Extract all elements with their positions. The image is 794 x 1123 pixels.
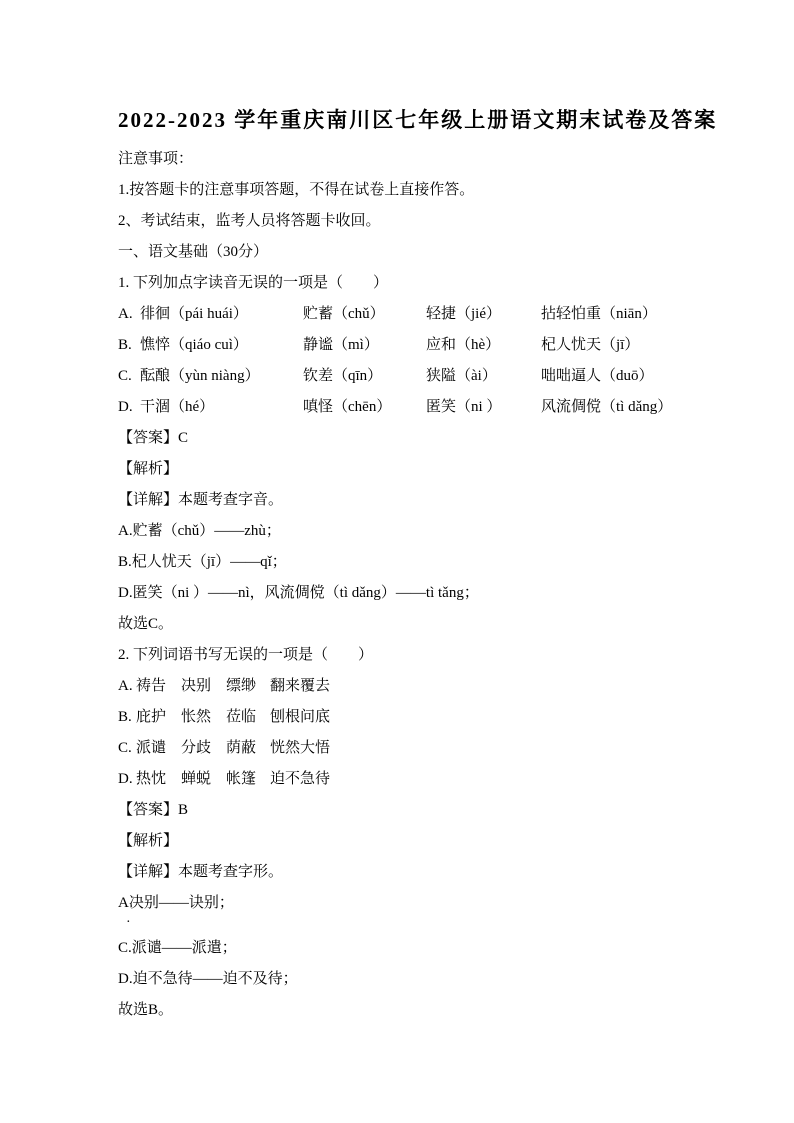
option-item: 刨根问底 — [270, 702, 330, 733]
option-item: 热忱 — [136, 764, 181, 795]
notice-heading: 注意事项： — [118, 144, 676, 175]
option-item: 酝酿（yùn niàng） — [140, 361, 303, 392]
question-1-option-d: D. 干涸（hé） 嗔怪（chēn） 匿笑（ni ） 风流倜傥（tì dǎng） — [118, 392, 676, 423]
option-item: 恍然大悟 — [270, 733, 330, 764]
question-2-detail: 【详解】本题考查字形。 — [118, 857, 676, 888]
option-letter: D. — [118, 392, 140, 423]
question-2-option-d: D. 热忱 蝉蜕 帐篷 迫不急待 — [118, 764, 676, 795]
option-item: 匿笑（ni ） — [426, 392, 541, 423]
option-item: 贮蓄（chǔ） — [303, 299, 426, 330]
option-item: 嗔怪（chēn） — [303, 392, 426, 423]
option-item: 分歧 — [181, 733, 226, 764]
question-2-option-c: C. 派谴 分歧 荫蔽 恍然大悟 — [118, 733, 676, 764]
option-item: 帐篷 — [226, 764, 270, 795]
question-1-detail: D.匿笑（ni ）——nì，风流倜傥（tì dǎng）——tì tǎng； — [118, 578, 676, 609]
option-item: 咄咄逼人（duō） — [541, 361, 654, 392]
question-1-stem: 1. 下列加点字读音无误的一项是（ ） — [118, 268, 676, 299]
option-letter: A. — [118, 299, 140, 330]
option-item: 迫不急待 — [270, 764, 330, 795]
question-1-option-b: B. 憔悴（qiáo cuì） 静谧（mì） 应和（hè） 杞人忧天（jī） — [118, 330, 676, 361]
question-2-option-a: A. 祷告 决别 缥缈 翻来覆去 — [118, 671, 676, 702]
option-letter: A. — [118, 671, 136, 702]
question-1-detail: 【详解】本题考查字音。 — [118, 485, 676, 516]
question-1-option-a: A. 徘徊（pái huái） 贮蓄（chǔ） 轻捷（jié） 拈轻怕重（niā… — [118, 299, 676, 330]
option-item: 拈轻怕重（niān） — [541, 299, 657, 330]
page-title: 2022-2023 学年重庆南川区七年级上册语文期末试卷及答案 — [118, 108, 676, 132]
question-1-option-c: C. 酝酿（yùn niàng） 钦差（qīn） 狭隘（ài） 咄咄逼人（duō… — [118, 361, 676, 392]
option-item: 派谴 — [136, 733, 181, 764]
question-2-detail: D.迫不急待——迫不及待； — [118, 964, 676, 995]
option-item: 荫蔽 — [226, 733, 270, 764]
option-item: 风流倜傥（tì dǎng） — [541, 392, 672, 423]
option-item: 庇护 — [136, 702, 181, 733]
option-letter: D. — [118, 764, 136, 795]
question-2-stem: 2. 下列词语书写无误的一项是（ ） — [118, 640, 676, 671]
question-2-conclusion: 故选B。 — [118, 995, 676, 1026]
notice-item-2: 2、考试结束，监考人员将答题卡收回。 — [118, 206, 676, 237]
option-item: 莅临 — [226, 702, 270, 733]
question-1-detail: B.杞人忧天（jī）——qǐ； — [118, 547, 676, 578]
option-item: 杞人忧天（jī） — [541, 330, 639, 361]
option-item: 钦差（qīn） — [303, 361, 426, 392]
question-1-detail: A.贮蓄（chǔ）——zhù； — [118, 516, 676, 547]
option-letter: C. — [118, 361, 140, 392]
option-item: 干涸（hé） — [140, 392, 303, 423]
question-2-answer: 【答案】B — [118, 795, 676, 826]
option-item: 蝉蜕 — [181, 764, 226, 795]
option-letter: C. — [118, 733, 136, 764]
option-item: 祷告 — [136, 671, 181, 702]
option-item: 狭隘（ài） — [426, 361, 541, 392]
option-item: 静谧（mì） — [303, 330, 426, 361]
option-item: 翻来覆去 — [270, 671, 330, 702]
option-item: 怅然 — [181, 702, 226, 733]
question-2-analysis-label: 【解析】 — [118, 826, 676, 857]
option-letter: B. — [118, 702, 136, 733]
emphasis-dot: · — [118, 919, 676, 933]
exam-document-page: 2022-2023 学年重庆南川区七年级上册语文期末试卷及答案 注意事项： 1.… — [0, 0, 794, 1123]
option-item: 轻捷（jié） — [426, 299, 541, 330]
option-item: 决别 — [181, 671, 226, 702]
question-2-detail: C.派谴——派遣； — [118, 933, 676, 964]
option-item: 应和（hè） — [426, 330, 541, 361]
option-item: 徘徊（pái huái） — [140, 299, 303, 330]
question-1-answer: 【答案】C — [118, 423, 676, 454]
option-item: 缥缈 — [226, 671, 270, 702]
option-letter: B. — [118, 330, 140, 361]
question-2-option-b: B. 庇护 怅然 莅临 刨根问底 — [118, 702, 676, 733]
question-2-detail: A决别——诀别； — [118, 888, 676, 919]
notice-item-1: 1.按答题卡的注意事项答题，不得在试卷上直接作答。 — [118, 175, 676, 206]
question-1-analysis-label: 【解析】 — [118, 454, 676, 485]
option-item: 憔悴（qiáo cuì） — [140, 330, 303, 361]
section-heading: 一、语文基础（30分） — [118, 237, 676, 268]
question-1-conclusion: 故选C。 — [118, 609, 676, 640]
